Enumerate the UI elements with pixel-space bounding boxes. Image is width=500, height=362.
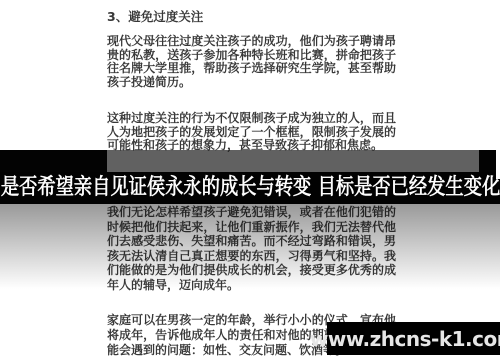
article-heading: 3、避免过度关注 xyxy=(107,7,396,25)
banner-dimmed-window xyxy=(107,150,479,172)
headline-title: 是否希望亲自见证侯永永的成长与转变 目标是否已经发生变化 xyxy=(0,172,500,204)
article-paragraph-2: 这种过度关注的行为不仅限制孩子成为独立的人，而且人为地把孩子的发展划定了一个框框… xyxy=(107,112,396,153)
article-thumbnail: 3、避免过度关注 现代父母往往过度关注孩子的成功，他们为孩子聘请昂贵的私教，送孩… xyxy=(0,0,500,362)
banner-top-strip-right-block xyxy=(479,150,496,172)
banner-top-strip-left-block xyxy=(0,150,107,172)
article-paragraph-1: 现代父母往往过度关注孩子的成功，他们为孩子聘请昂贵的私教，送孩子参加各种特长班和… xyxy=(107,35,396,89)
banner-top-strip xyxy=(0,150,500,172)
site-watermark: www.zhcns-k1.com xyxy=(327,322,500,355)
headline-banner: 是否希望亲自见证侯永永的成长与转变 目标是否已经发生变化 xyxy=(0,172,500,204)
page-edge-sliver xyxy=(496,150,500,179)
article-paragraph-3: 我们无论怎样希望孩子避免犯错误，或者在他们犯错的时候把他们扶起来，让他们重新振作… xyxy=(107,205,396,293)
site-watermark-url: www.zhcns-k1.com xyxy=(310,327,500,351)
